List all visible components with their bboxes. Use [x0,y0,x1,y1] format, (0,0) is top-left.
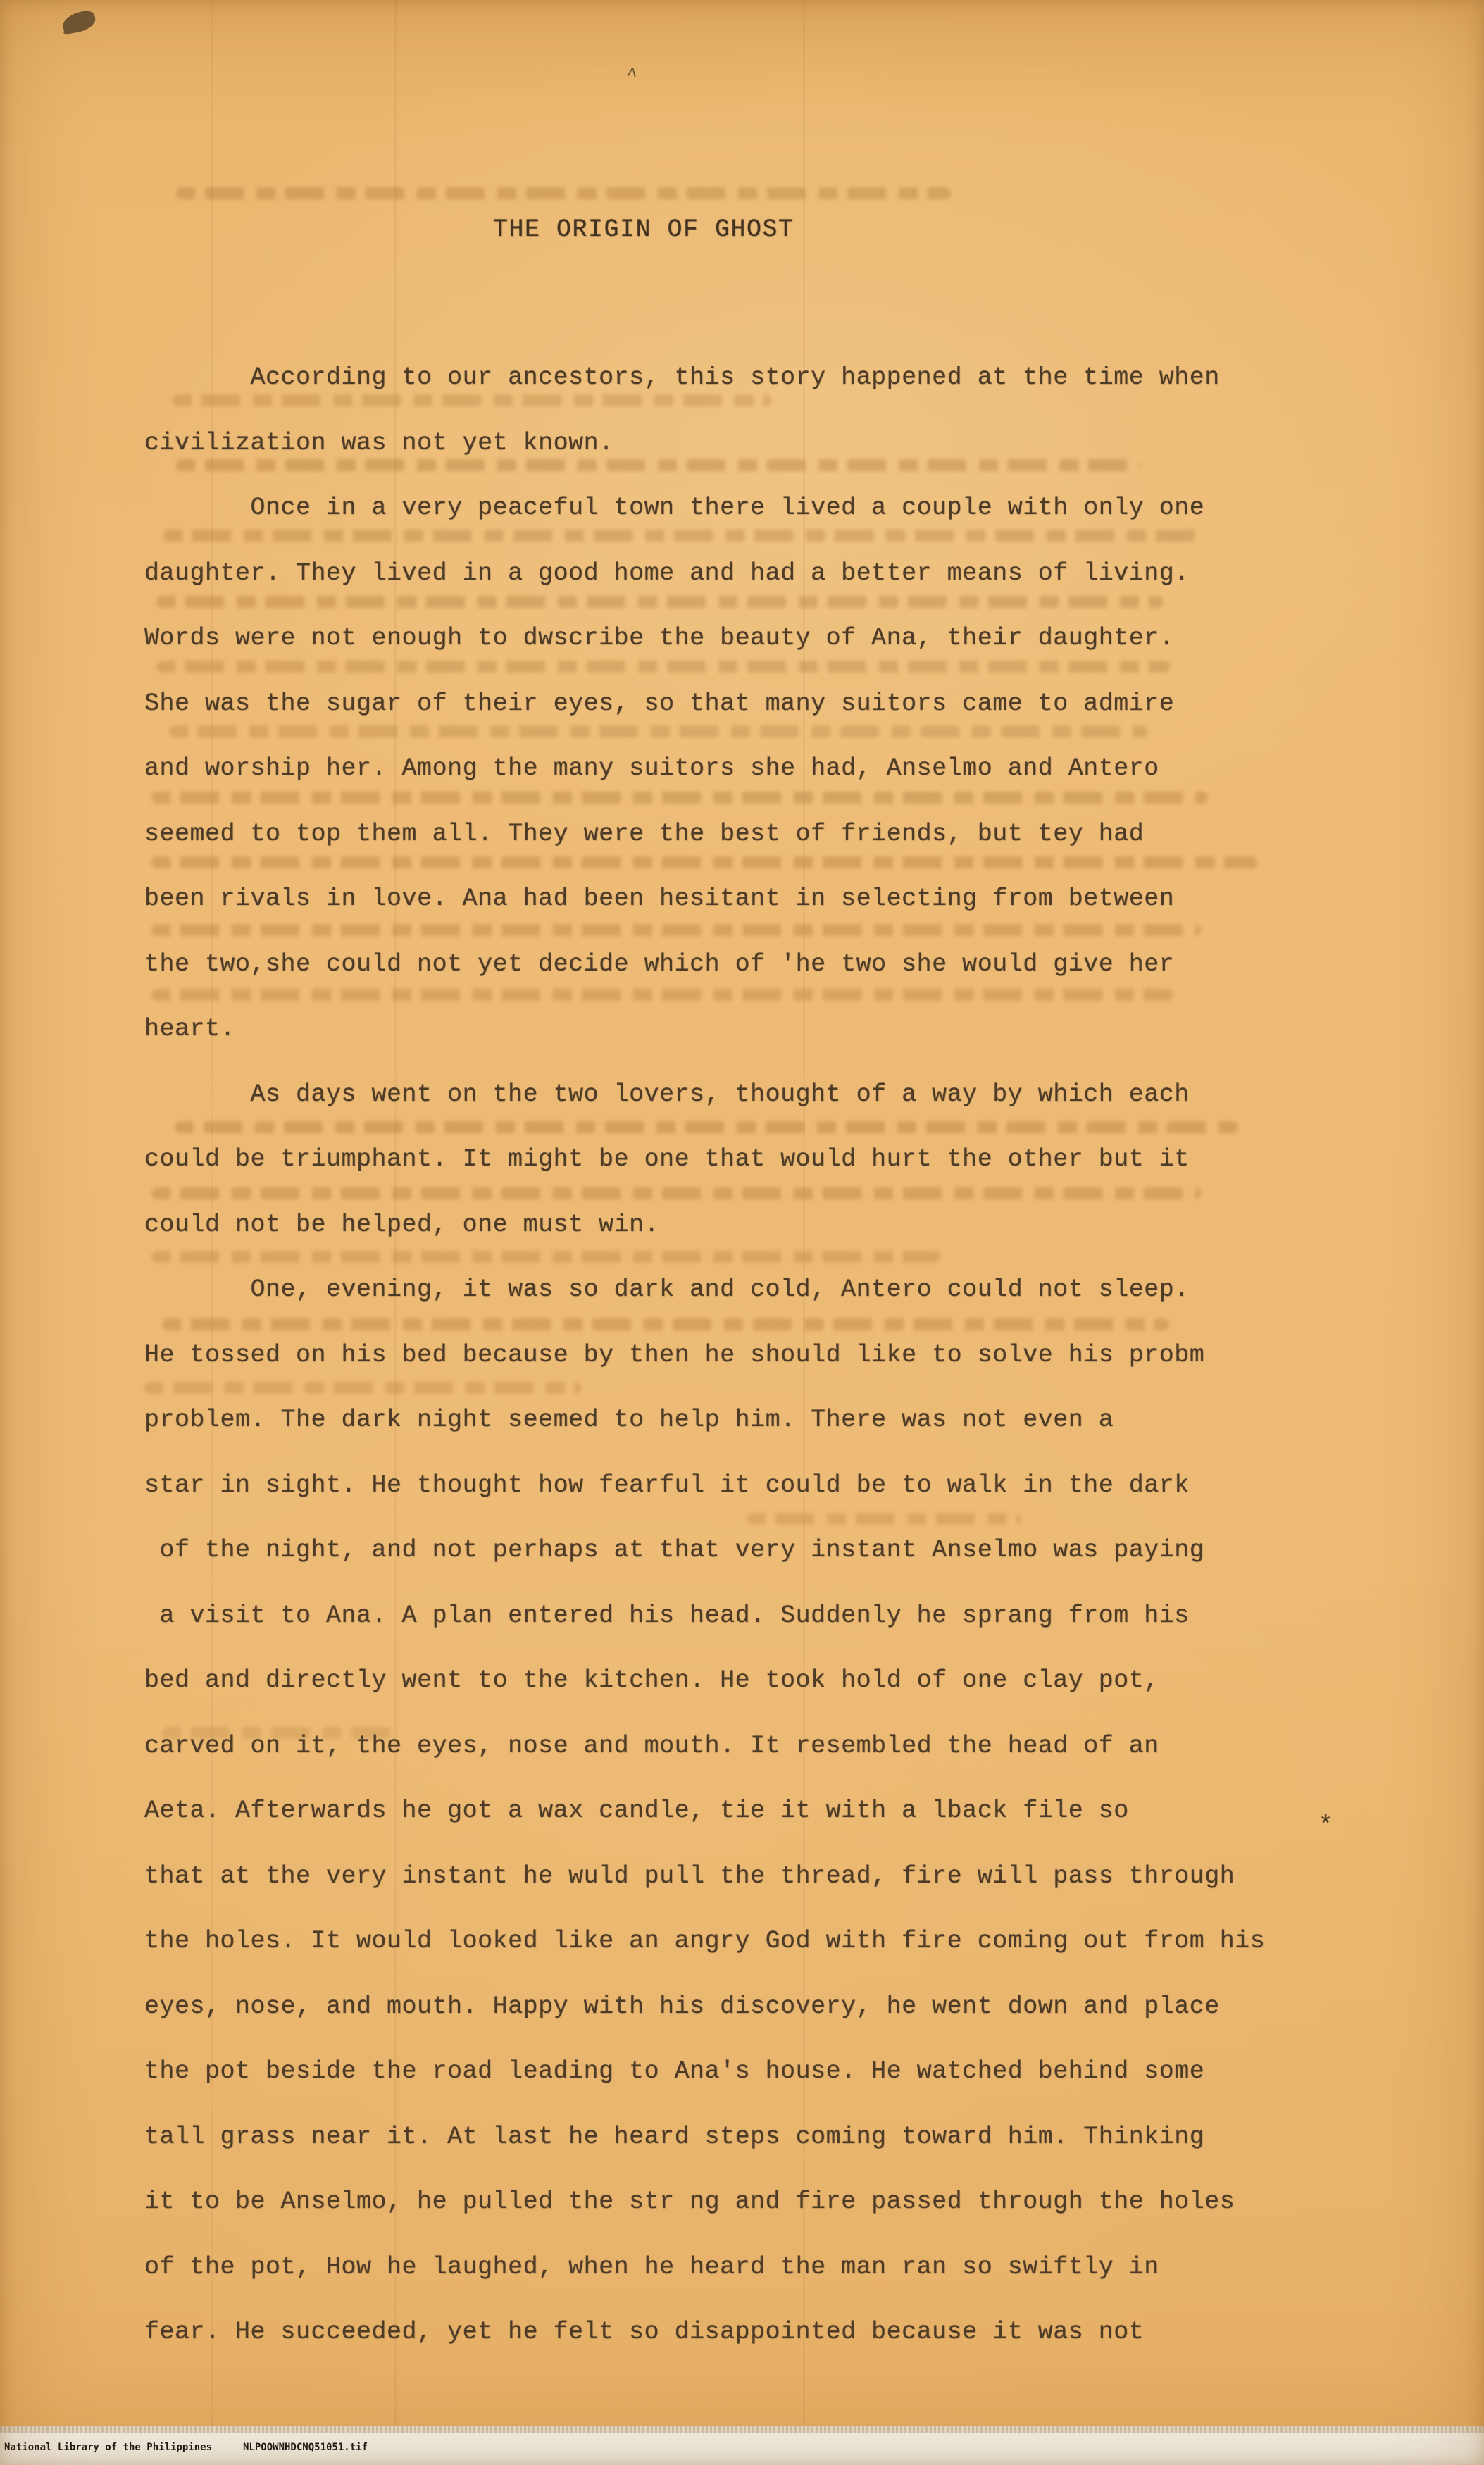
typed-line: fear. He succeeded, yet he felt so disap… [144,2299,1265,2365]
scan-footer-bar: National Library of the Philippines NLPO… [0,2433,1484,2465]
typed-line: it to be Anselmo, he pulled the str ng a… [144,2169,1265,2235]
typed-line: of the night, and not perhaps at that ve… [144,1518,1265,1583]
typed-line: daughter. They lived in a good home and … [144,541,1265,606]
typed-line: tall grass near it. At last he heard ste… [144,2104,1265,2170]
typed-line: Aeta. Afterwards he got a wax candle, ti… [144,1778,1265,1844]
typed-line: the pot beside the road leading to Ana's… [144,2039,1265,2104]
story-text-block: According to our ancestors, this story h… [144,345,1265,2365]
typed-line: and worship her. Among the many suitors … [144,736,1265,801]
typed-line: As days went on the two lovers, thought … [144,1062,1265,1128]
bleed-through-smudge [176,187,951,199]
paper-bottom-edge [0,2426,1484,2433]
typed-line: bed and directly went to the kitchen. He… [144,1648,1265,1714]
typed-line: problem. The dark night seemed to help h… [144,1387,1265,1453]
typed-line: Words were not enough to dwscribe the be… [144,606,1265,671]
typed-line: the two,she could not yet decide which o… [144,932,1265,997]
typed-line: civilization was not yet known. [144,411,1265,476]
library-attribution-label: National Library of the Philippines [4,2442,212,2453]
typed-line: He tossed on his bed because by then he … [144,1323,1265,1388]
margin-asterisk: * [1318,1813,1333,1840]
typed-line: She was the sugar of their eyes, so that… [144,671,1265,737]
scanned-typewritten-page: ^ THE ORIGIN OF GHOST According to our a… [0,0,1484,2465]
typed-line: One, evening, it was so dark and cold, A… [144,1257,1265,1323]
typed-line: carved on it, the eyes, nose and mouth. … [144,1714,1265,1779]
ink-blot [60,8,98,36]
typed-line: a visit to Ana. A plan entered his head.… [144,1583,1265,1649]
typed-line: of the pot, How he laughed, when he hear… [144,2235,1265,2300]
document-title: THE ORIGIN OF GHOST [493,216,794,244]
typed-line: seemed to top them all. They were the be… [144,801,1265,867]
typed-line: been rivals in love. Ana had been hesita… [144,866,1265,932]
typed-line: Once in a very peaceful town there lived… [144,475,1265,541]
typed-line: star in sight. He thought how fearful it… [144,1453,1265,1518]
typed-line: heart. [144,997,1265,1062]
scan-filename-label: NLPOOWNHDCNQ51051.tif [243,2442,368,2453]
typed-line: that at the very instant he wuld pull th… [144,1844,1265,1909]
typed-line: could be triumphant. It might be one tha… [144,1127,1265,1192]
stray-caret-mark: ^ [625,64,639,87]
typed-line: According to our ancestors, this story h… [144,345,1265,411]
typed-line: the holes. It would looked like an angry… [144,1909,1265,1974]
typed-line: eyes, nose, and mouth. Happy with his di… [144,1974,1265,2040]
typed-line: could not be helped, one must win. [144,1192,1265,1258]
